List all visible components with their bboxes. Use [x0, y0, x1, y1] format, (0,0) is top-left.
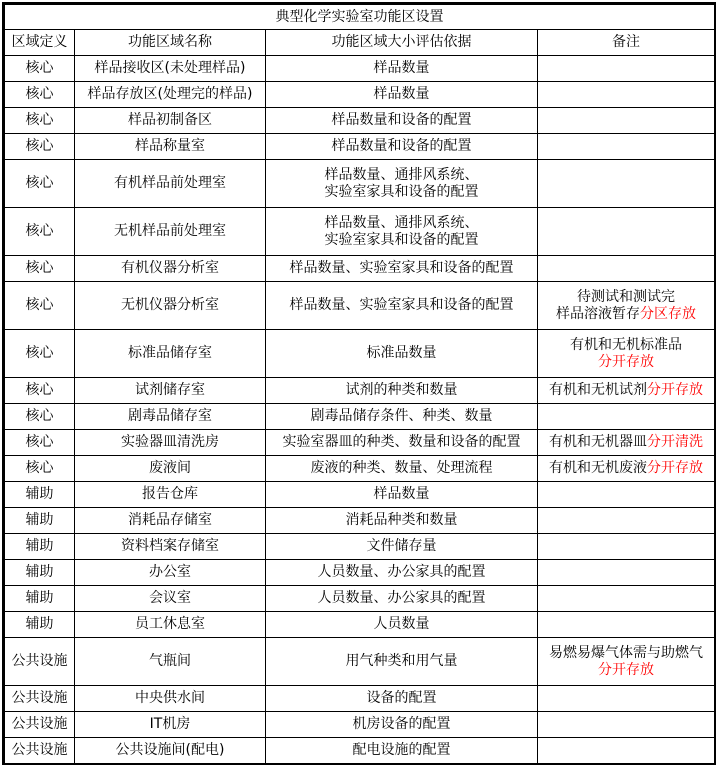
notes-cell: [538, 134, 716, 160]
zone-name-cell: 公共设施间(配电): [75, 738, 266, 765]
zone-definition-cell: 公共设施: [4, 638, 75, 686]
size-basis-line: 标准品数量: [268, 345, 535, 362]
notes-cell: [538, 82, 716, 108]
note-text: 样品溶液暂存: [556, 306, 640, 322]
table-row: 核心样品接收区(未处理样品)样品数量: [4, 56, 716, 82]
table-row: 公共设施IT机房机房设备的配置: [4, 712, 716, 738]
notes-cell: [538, 534, 716, 560]
note-text: 有机和无机试剂: [549, 382, 647, 398]
note-text: 待测试和测试完: [577, 289, 675, 305]
table-row: 辅助办公室人员数量、办公家具的配置: [4, 560, 716, 586]
size-basis-cell: 样品数量、通排风系统、实验室家具和设备的配置: [266, 208, 538, 256]
zone-definition-cell: 核心: [4, 330, 75, 378]
size-basis-line: 配电设施的配置: [268, 742, 535, 759]
notes-cell: 有机和无机标准品分开存放: [538, 330, 716, 378]
note-text: 有机和无机废液: [549, 460, 647, 476]
zone-name-cell: 有机样品前处理室: [75, 160, 266, 208]
size-basis-line: 机房设备的配置: [268, 716, 535, 733]
size-basis-line: 剧毒品储存条件、种类、数量: [268, 408, 535, 425]
note-line: 分开存放: [540, 354, 712, 371]
note-highlight-text: 分开存放: [598, 662, 654, 678]
table-row: 核心标准品储存室标准品数量有机和无机标准品分开存放: [4, 330, 716, 378]
notes-cell: [538, 404, 716, 430]
note-line: 有机和无机试剂分开存放: [540, 382, 712, 399]
notes-cell: [538, 160, 716, 208]
table-row: 核心废液间废液的种类、数量、处理流程有机和无机废液分开存放: [4, 456, 716, 482]
size-basis-line: 文件储存量: [268, 538, 535, 555]
zone-name-cell: IT机房: [75, 712, 266, 738]
table-row: 辅助员工休息室人员数量: [4, 612, 716, 638]
zone-definition-cell: 核心: [4, 82, 75, 108]
table-title-row: 典型化学实验室功能区设置: [4, 4, 716, 30]
size-basis-line: 样品数量: [268, 60, 535, 77]
zone-definition-cell: 辅助: [4, 482, 75, 508]
notes-cell: [538, 586, 716, 612]
header-notes: 备注: [538, 30, 716, 56]
zone-definition-cell: 核心: [4, 404, 75, 430]
zone-name-cell: 气瓶间: [75, 638, 266, 686]
size-basis-cell: 样品数量: [266, 56, 538, 82]
zone-name-cell: 无机样品前处理室: [75, 208, 266, 256]
notes-cell: 易燃易爆气体需与助燃气分开存放: [538, 638, 716, 686]
size-basis-line: 试剂的种类和数量: [268, 382, 535, 399]
zone-name-cell: 员工休息室: [75, 612, 266, 638]
zone-name-cell: 剧毒品储存室: [75, 404, 266, 430]
zone-name-cell: 消耗品存储室: [75, 508, 266, 534]
notes-cell: [538, 256, 716, 282]
size-basis-line: 样品数量、实验室家具和设备的配置: [268, 297, 535, 314]
zone-name-cell: 样品初制备区: [75, 108, 266, 134]
notes-cell: [538, 712, 716, 738]
size-basis-cell: 人员数量、办公家具的配置: [266, 586, 538, 612]
note-line: 有机和无机废液分开存放: [540, 460, 712, 477]
size-basis-line: 人员数量、办公家具的配置: [268, 564, 535, 581]
table-row: 核心实验器皿清洗房实验室器皿的种类、数量和设备的配置有机和无机器皿分开清洗: [4, 430, 716, 456]
size-basis-line: 实验室家具和设备的配置: [268, 184, 535, 201]
zone-definition-cell: 核心: [4, 282, 75, 330]
zone-definition-cell: 核心: [4, 108, 75, 134]
size-basis-cell: 用气种类和用气量: [266, 638, 538, 686]
size-basis-line: 用气种类和用气量: [268, 653, 535, 670]
zone-name-cell: 实验器皿清洗房: [75, 430, 266, 456]
size-basis-cell: 人员数量、办公家具的配置: [266, 560, 538, 586]
table-row: 核心样品称量室样品数量和设备的配置: [4, 134, 716, 160]
zone-name-cell: 样品存放区(处理完的样品): [75, 82, 266, 108]
size-basis-line: 样品数量和设备的配置: [268, 138, 535, 155]
size-basis-line: 样品数量、通排风系统、: [268, 215, 535, 232]
note-text: 有机和无机器皿: [549, 434, 647, 450]
zone-definition-cell: 公共设施: [4, 738, 75, 765]
size-basis-cell: 样品数量: [266, 82, 538, 108]
zone-name-cell: 废液间: [75, 456, 266, 482]
zone-name-cell: 资料档案存储室: [75, 534, 266, 560]
note-text: 有机和无机标准品: [570, 337, 682, 353]
size-basis-line: 消耗品种类和数量: [268, 512, 535, 529]
zone-definition-cell: 核心: [4, 134, 75, 160]
zone-name-cell: 会议室: [75, 586, 266, 612]
zone-definition-cell: 公共设施: [4, 686, 75, 712]
note-highlight-text: 分开存放: [598, 354, 654, 370]
table-row: 公共设施公共设施间(配电)配电设施的配置: [4, 738, 716, 765]
zone-definition-cell: 核心: [4, 256, 75, 282]
table-row: 公共设施中央供水间设备的配置: [4, 686, 716, 712]
note-line: 分开存放: [540, 662, 712, 679]
size-basis-cell: 废液的种类、数量、处理流程: [266, 456, 538, 482]
zone-definition-cell: 公共设施: [4, 712, 75, 738]
note-line: 有机和无机标准品: [540, 337, 712, 354]
size-basis-line: 样品数量、实验室家具和设备的配置: [268, 260, 535, 277]
notes-cell: [538, 56, 716, 82]
header-row: 区域定义 功能区域名称 功能区域大小评估依据 备注: [4, 30, 716, 56]
zone-name-cell: 样品接收区(未处理样品): [75, 56, 266, 82]
size-basis-cell: 样品数量、实验室家具和设备的配置: [266, 282, 538, 330]
size-basis-cell: 消耗品种类和数量: [266, 508, 538, 534]
header-zone-name: 功能区域名称: [75, 30, 266, 56]
note-highlight-text: 分开清洗: [647, 434, 703, 450]
notes-cell: [538, 686, 716, 712]
size-basis-cell: 机房设备的配置: [266, 712, 538, 738]
table-row: 核心样品存放区(处理完的样品)样品数量: [4, 82, 716, 108]
notes-cell: [538, 208, 716, 256]
note-text: 易燃易爆气体需与助燃气: [549, 645, 703, 661]
zone-name-cell: 办公室: [75, 560, 266, 586]
table-row: 核心有机样品前处理室样品数量、通排风系统、实验室家具和设备的配置: [4, 160, 716, 208]
note-line: 有机和无机器皿分开清洗: [540, 434, 712, 451]
notes-cell: 待测试和测试完样品溶液暂存分区存放: [538, 282, 716, 330]
table-row: 核心无机仪器分析室样品数量、实验室家具和设备的配置待测试和测试完样品溶液暂存分区…: [4, 282, 716, 330]
zone-name-cell: 报告仓库: [75, 482, 266, 508]
table-row: 辅助资料档案存储室文件储存量: [4, 534, 716, 560]
notes-cell: 有机和无机废液分开存放: [538, 456, 716, 482]
table-row: 核心剧毒品储存室剧毒品储存条件、种类、数量: [4, 404, 716, 430]
zone-name-cell: 标准品储存室: [75, 330, 266, 378]
zone-name-cell: 有机仪器分析室: [75, 256, 266, 282]
zone-name-cell: 无机仪器分析室: [75, 282, 266, 330]
table-row: 公共设施气瓶间用气种类和用气量易燃易爆气体需与助燃气分开存放: [4, 638, 716, 686]
notes-cell: 有机和无机试剂分开存放: [538, 378, 716, 404]
size-basis-cell: 设备的配置: [266, 686, 538, 712]
table-row: 核心有机仪器分析室样品数量、实验室家具和设备的配置: [4, 256, 716, 282]
zone-name-cell: 中央供水间: [75, 686, 266, 712]
notes-cell: [538, 508, 716, 534]
zone-definition-cell: 核心: [4, 208, 75, 256]
size-basis-line: 实验室家具和设备的配置: [268, 232, 535, 249]
size-basis-cell: 文件储存量: [266, 534, 538, 560]
zone-definition-cell: 核心: [4, 160, 75, 208]
size-basis-cell: 人员数量: [266, 612, 538, 638]
table-row: 核心试剂储存室试剂的种类和数量有机和无机试剂分开存放: [4, 378, 716, 404]
note-line: 待测试和测试完: [540, 289, 712, 306]
note-highlight-text: 分开存放: [647, 460, 703, 476]
size-basis-cell: 剧毒品储存条件、种类、数量: [266, 404, 538, 430]
table-row: 辅助会议室人员数量、办公家具的配置: [4, 586, 716, 612]
size-basis-cell: 实验室器皿的种类、数量和设备的配置: [266, 430, 538, 456]
table-row: 辅助报告仓库样品数量: [4, 482, 716, 508]
notes-cell: [538, 108, 716, 134]
size-basis-cell: 配电设施的配置: [266, 738, 538, 765]
size-basis-line: 样品数量: [268, 86, 535, 103]
notes-cell: [538, 482, 716, 508]
notes-cell: [538, 560, 716, 586]
zone-definition-cell: 辅助: [4, 508, 75, 534]
zone-definition-cell: 核心: [4, 378, 75, 404]
header-size-basis: 功能区域大小评估依据: [266, 30, 538, 56]
note-highlight-text: 分开存放: [647, 382, 703, 398]
notes-cell: [538, 738, 716, 765]
size-basis-line: 样品数量和设备的配置: [268, 112, 535, 129]
zone-definition-cell: 辅助: [4, 586, 75, 612]
zone-definition-cell: 辅助: [4, 534, 75, 560]
note-line: 样品溶液暂存分区存放: [540, 306, 712, 323]
notes-cell: 有机和无机器皿分开清洗: [538, 430, 716, 456]
size-basis-line: 设备的配置: [268, 690, 535, 707]
size-basis-cell: 标准品数量: [266, 330, 538, 378]
note-line: 易燃易爆气体需与助燃气: [540, 645, 712, 662]
size-basis-cell: 样品数量: [266, 482, 538, 508]
size-basis-line: 样品数量: [268, 486, 535, 503]
zone-definition-cell: 核心: [4, 456, 75, 482]
zone-definition-cell: 核心: [4, 56, 75, 82]
size-basis-line: 废液的种类、数量、处理流程: [268, 460, 535, 477]
table-row: 核心无机样品前处理室样品数量、通排风系统、实验室家具和设备的配置: [4, 208, 716, 256]
size-basis-cell: 样品数量、通排风系统、实验室家具和设备的配置: [266, 160, 538, 208]
size-basis-cell: 样品数量、实验室家具和设备的配置: [266, 256, 538, 282]
size-basis-line: 人员数量、办公家具的配置: [268, 590, 535, 607]
table-title: 典型化学实验室功能区设置: [4, 4, 716, 30]
size-basis-line: 样品数量、通排风系统、: [268, 167, 535, 184]
zone-name-cell: 样品称量室: [75, 134, 266, 160]
size-basis-line: 人员数量: [268, 616, 535, 633]
table-row: 辅助消耗品存储室消耗品种类和数量: [4, 508, 716, 534]
zone-definition-cell: 核心: [4, 430, 75, 456]
size-basis-cell: 试剂的种类和数量: [266, 378, 538, 404]
zone-definition-cell: 辅助: [4, 560, 75, 586]
lab-function-zone-table: 典型化学实验室功能区设置 区域定义 功能区域名称 功能区域大小评估依据 备注 核…: [2, 2, 716, 765]
zone-name-cell: 试剂储存室: [75, 378, 266, 404]
header-zone-definition: 区域定义: [4, 30, 75, 56]
note-highlight-text: 分区存放: [640, 306, 696, 322]
size-basis-cell: 样品数量和设备的配置: [266, 108, 538, 134]
size-basis-line: 实验室器皿的种类、数量和设备的配置: [268, 434, 535, 451]
table-row: 核心样品初制备区样品数量和设备的配置: [4, 108, 716, 134]
notes-cell: [538, 612, 716, 638]
zone-definition-cell: 辅助: [4, 612, 75, 638]
size-basis-cell: 样品数量和设备的配置: [266, 134, 538, 160]
